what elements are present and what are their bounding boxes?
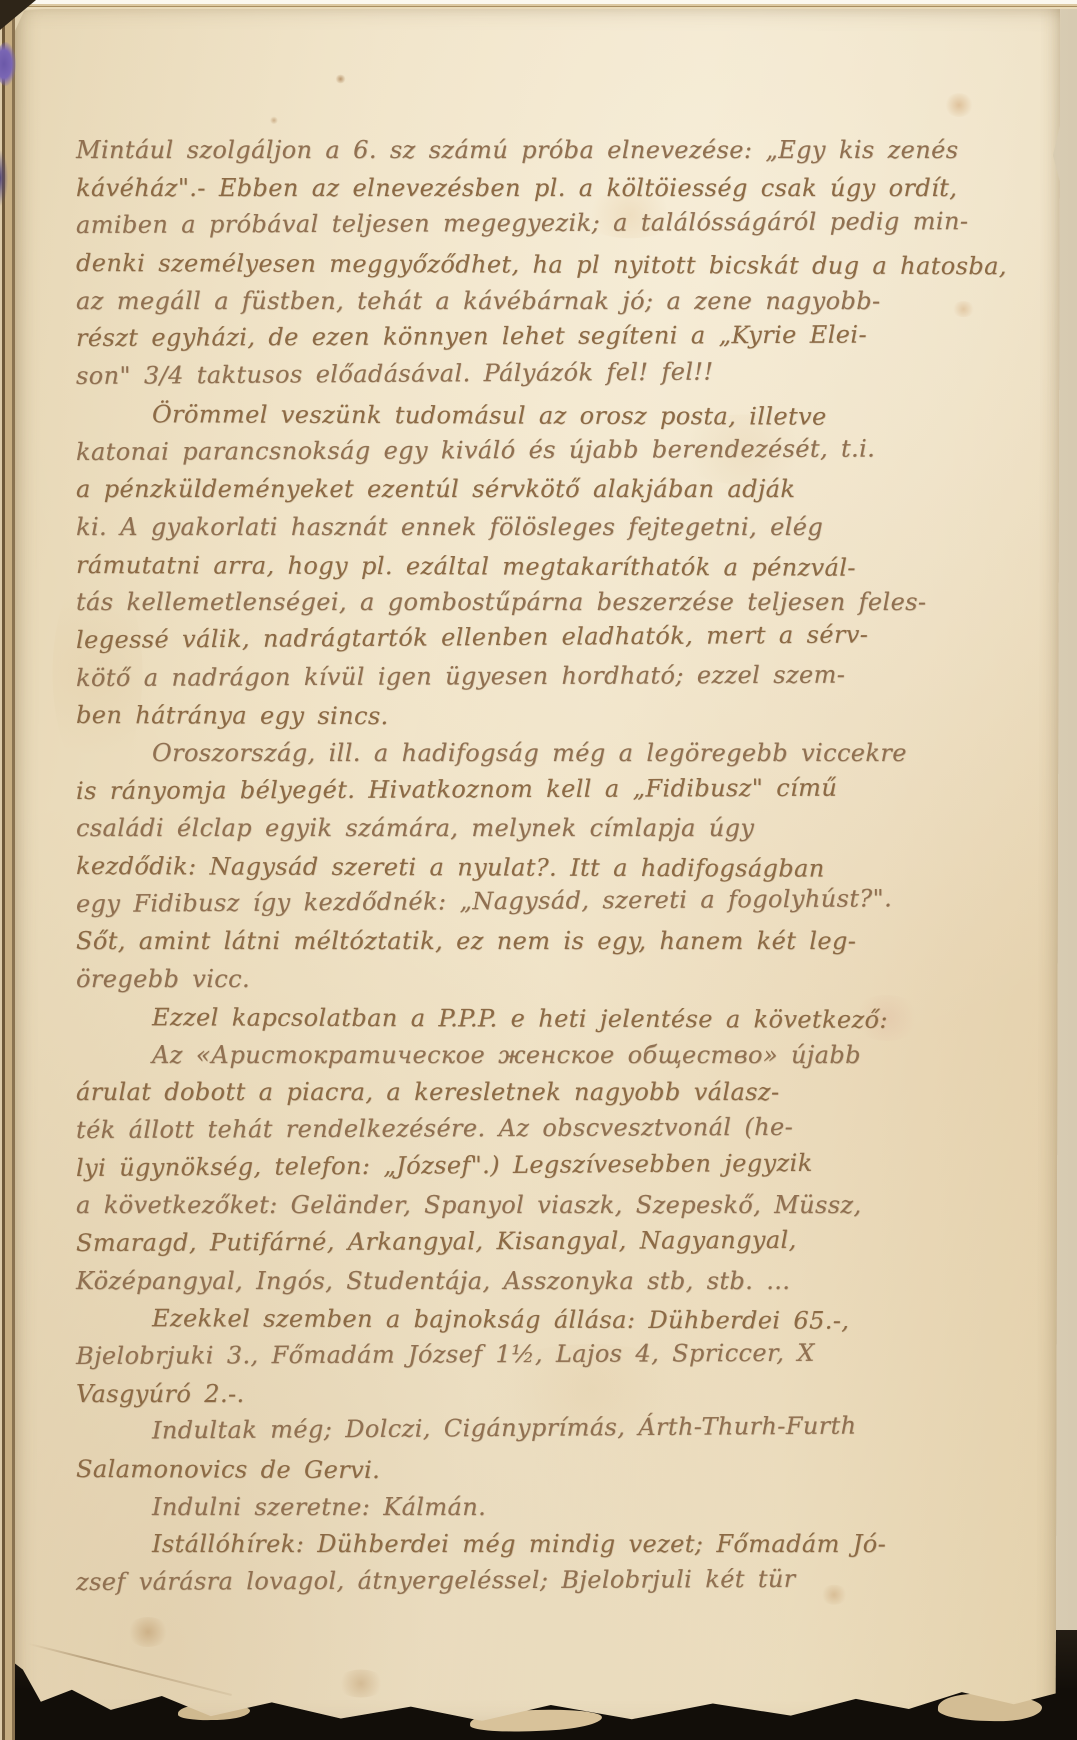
handwritten-line: Bjelobrjuki 3., Főmadám József 1½, Lajos… bbox=[76, 1334, 1036, 1376]
handwritten-line: ben hátránya egy sincs. bbox=[76, 697, 1036, 738]
handwritten-line: Középangyal, Ingós, Studentája, Asszonyk… bbox=[76, 1263, 1036, 1301]
binding-edge bbox=[0, 0, 15, 1740]
handwritten-line: ték állott tehát rendelkezésére. Az obsc… bbox=[76, 1108, 1036, 1150]
handwritten-line: Sőt, amint látni méltóztatik, ez nem is … bbox=[76, 923, 1036, 961]
handwritten-line: kötő a nadrágon kívül igen ügyesen hordh… bbox=[76, 655, 1036, 697]
handwritten-line: amiben a próbával teljesen megegyezik; a… bbox=[76, 203, 1036, 245]
handwritten-line: az megáll a füstben, tehát a kávébárnak … bbox=[76, 283, 1036, 321]
handwritten-line: Istállóhírek: Dühberdei még mindig vezet… bbox=[76, 1526, 1036, 1564]
ink-stain bbox=[335, 74, 346, 83]
handwritten-line: Ezzel kapcsolatban a P.P.P. e heti jelen… bbox=[76, 999, 1036, 1040]
handwritten-line: árulat dobott a piacra, a keresletnek na… bbox=[76, 1074, 1036, 1112]
handwritten-line: Mintául szolgáljon a 6. sz számú próba e… bbox=[76, 132, 1036, 170]
handwritten-line: katonai parancsnokság egy kiváló és újab… bbox=[76, 429, 1036, 471]
handwritten-line: öregebb vicc. bbox=[76, 961, 1036, 999]
handwritten-line: Az «Аристократическое женское общество» … bbox=[76, 1037, 1036, 1075]
handwritten-line: családi élclap egyik számára, melynek cí… bbox=[76, 810, 1036, 848]
foxing-stain bbox=[944, 93, 974, 117]
handwritten-line: rámutatni arra, hogy pl. ezáltal megtaka… bbox=[76, 547, 1036, 588]
handwritten-line: denki személyesen meggyőződhet, ha pl ny… bbox=[76, 245, 1036, 286]
handwritten-line: Indultak még; Dolczi, Cigányprímás, Árth… bbox=[76, 1407, 1036, 1451]
handwritten-line: is rányomja bélyegét. Hivatkoznom kell a… bbox=[76, 768, 1036, 810]
foxing-stain bbox=[126, 1617, 170, 1647]
handwritten-line: a következőket: Geländer, Spanyol viaszk… bbox=[76, 1187, 1036, 1225]
handwritten-line: Oroszország, ill. a hadifogság még a leg… bbox=[76, 735, 1036, 773]
handwritten-line: legessé válik, nadrágtartók ellenben ela… bbox=[76, 615, 1036, 659]
handwritten-line: kávéház".- Ebben az elnevezésben pl. a k… bbox=[76, 170, 1036, 208]
handwritten-line: son" 3/4 taktusos előadásával. Pályázók … bbox=[76, 351, 1036, 395]
page-stack-top-edge bbox=[0, 0, 1077, 9]
handwritten-line: Smaragd, Putifárné, Arkangyal, Kisangyal… bbox=[76, 1221, 1036, 1263]
ink-stain bbox=[270, 116, 278, 124]
handwritten-line: zsef várásra lovagol, átnyergeléssel; Bj… bbox=[76, 1560, 1036, 1602]
paper-crease bbox=[28, 1643, 232, 1696]
handwritten-line: ki. A gyakorlati hasznát ennek fölöslege… bbox=[76, 509, 1036, 547]
handwritten-line: lyi ügynökség, telefon: „József".) Legsz… bbox=[76, 1143, 1036, 1187]
handwritten-text-block: Mintául szolgáljon a 6. sz számú próba e… bbox=[76, 132, 1036, 1602]
handwritten-line: egy Fidibusz így kezdődnék: „Nagysád, sz… bbox=[76, 879, 1036, 923]
handwritten-line: a pénzküldeményeket ezentúl sérvkötő ala… bbox=[76, 471, 1036, 509]
foxing-stain bbox=[336, 1669, 386, 1697]
handwritten-line: Indulni szeretne: Kálmán. bbox=[76, 1489, 1036, 1527]
handwritten-line: Salamonovics de Gervi. bbox=[76, 1451, 1036, 1492]
manuscript-scan: Mintául szolgáljon a 6. sz számú próba e… bbox=[0, 0, 1077, 1740]
